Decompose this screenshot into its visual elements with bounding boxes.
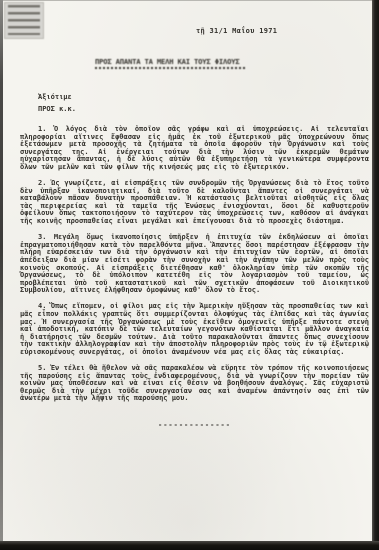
paragraph-3: 3. Μεγάλη ὅμως ἱκανοποίησις ὑπῆρξεν ἡ ἐπ… [20, 234, 369, 295]
scan-edge-bottom [0, 541, 379, 550]
stamp-text-rows [8, 5, 40, 35]
heading-text: ΠΡΟΣ ΑΠΑΝΤΑ ΤΑ ΜΕΛΗ ΚΑΙ ΤΟΥΣ ΦΙΛΟΥΣ [95, 57, 239, 66]
end-dash-mark: -------------- [20, 421, 369, 429]
archive-stamp-icon [4, 2, 44, 39]
paragraph-1: 1. Ὁ λόγος διὰ τὸν ὁποῖον σᾶς γράφω καὶ … [20, 126, 369, 172]
salutation-line-2: ΠΡΟΣ κ.κ. [38, 103, 76, 115]
scan-edge-left [0, 0, 3, 550]
heading-underline [95, 67, 245, 69]
paragraph-5: 5. Ἐν τέλει θὰ ἤθελον νὰ σᾶς παρακαλέσω … [20, 365, 369, 403]
scanned-letter-page: τῇ 31/1 Μαΐου 1971 ΠΡΟΣ ΑΠΑΝΤΑ ΤΑ ΜΕΛΗ Κ… [0, 0, 379, 550]
scan-edge-top [0, 0, 379, 1]
paragraph-4: 4. Ὅπως εἴπομεν, οἱ φίλοι μας εἰς τὴν Ἀμ… [20, 303, 369, 356]
date-line: τῇ 31/1 Μαΐου 1971 [196, 27, 277, 35]
paragraph-2: 2. Ὡς γνωρίζετε, αἱ εἰσπράξεις τῶν συνδρ… [20, 180, 369, 226]
salutation-block: Ἀξιότιμε ΠΡΟΣ κ.κ. [38, 91, 76, 115]
salutation-line-1: Ἀξιότιμε [38, 91, 76, 103]
scan-edge-right [372, 0, 379, 550]
letter-heading: ΠΡΟΣ ΑΠΑΝΤΑ ΤΑ ΜΕΛΗ ΚΑΙ ΤΟΥΣ ΦΙΛΟΥΣ [95, 57, 245, 69]
letter-body: 1. Ὁ λόγος διὰ τὸν ὁποῖον σᾶς γράφω καὶ … [20, 126, 369, 412]
